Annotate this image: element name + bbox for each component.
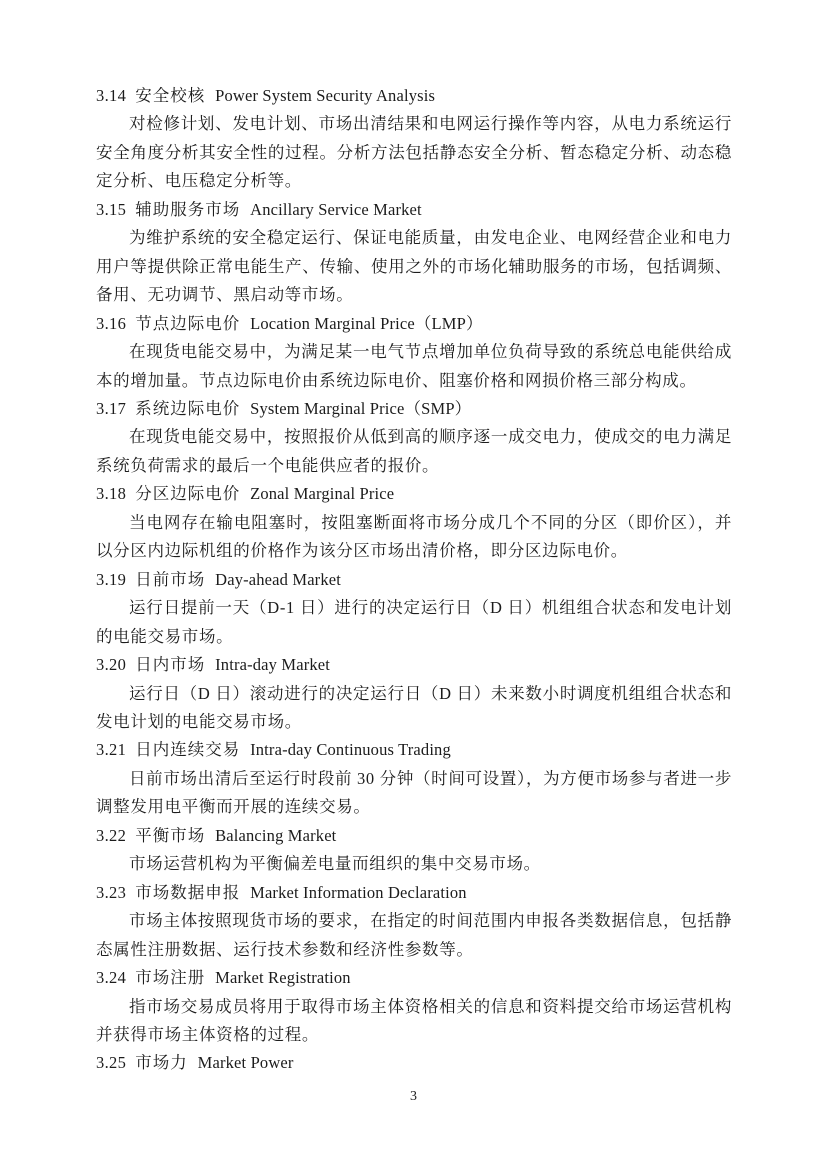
term-section: 3.18分区边际电价Zonal Marginal Price 当电网存在输电阻塞… xyxy=(96,480,732,565)
term-english: Balancing Market xyxy=(215,826,336,845)
term-chinese: 日前市场 xyxy=(135,570,205,589)
term-heading: 3.20日内市场Intra-day Market xyxy=(96,651,732,679)
term-section: 3.25市场力Market Power xyxy=(96,1049,732,1077)
term-chinese: 日内连续交易 xyxy=(135,740,240,759)
term-heading: 3.15辅助服务市场Ancillary Service Market xyxy=(96,196,732,224)
term-definition: 对检修计划、发电计划、市场出清结果和电网运行操作等内容，从电力系统运行安全角度分… xyxy=(96,110,732,195)
term-chinese: 安全校核 xyxy=(135,86,205,105)
term-english: Market Information Declaration xyxy=(250,883,467,902)
term-number: 3.24 xyxy=(96,968,126,987)
term-heading: 3.24市场注册Market Registration xyxy=(96,964,732,992)
term-english: Ancillary Service Market xyxy=(250,200,422,219)
term-definition: 市场运营机构为平衡偏差电量而组织的集中交易市场。 xyxy=(96,850,732,878)
term-heading: 3.25市场力Market Power xyxy=(96,1049,732,1077)
term-chinese: 市场力 xyxy=(135,1053,187,1072)
term-heading: 3.21日内连续交易Intra-day Continuous Trading xyxy=(96,736,732,764)
term-definition: 为维护系统的安全稳定运行、保证电能质量，由发电企业、电网经营企业和电力用户等提供… xyxy=(96,224,732,309)
term-section: 3.16节点边际电价Location Marginal Price（LMP） 在… xyxy=(96,310,732,395)
document-body: 3.14安全校核Power System Security Analysis 对… xyxy=(96,82,732,1078)
term-heading: 3.16节点边际电价Location Marginal Price（LMP） xyxy=(96,310,732,338)
term-number: 3.21 xyxy=(96,740,126,759)
term-section: 3.22平衡市场Balancing Market 市场运营机构为平衡偏差电量而组… xyxy=(96,822,732,879)
term-section: 3.20日内市场Intra-day Market 运行日（D 日）滚动进行的决定… xyxy=(96,651,732,736)
term-number: 3.16 xyxy=(96,314,126,333)
term-section: 3.24市场注册Market Registration 指市场交易成员将用于取得… xyxy=(96,964,732,1049)
term-chinese: 市场注册 xyxy=(135,968,205,987)
term-definition: 市场主体按照现货市场的要求，在指定的时间范围内申报各类数据信息，包括静态属性注册… xyxy=(96,907,732,964)
term-english: Power System Security Analysis xyxy=(215,86,435,105)
term-number: 3.22 xyxy=(96,826,126,845)
term-english: Market Registration xyxy=(215,968,351,987)
term-english: Intra-day Market xyxy=(215,655,330,674)
term-number: 3.20 xyxy=(96,655,126,674)
term-heading: 3.14安全校核Power System Security Analysis xyxy=(96,82,732,110)
document-page: 3.14安全校核Power System Security Analysis 对… xyxy=(0,0,827,1169)
term-number: 3.23 xyxy=(96,883,126,902)
page-footer: 3 xyxy=(0,1089,827,1105)
term-english: Intra-day Continuous Trading xyxy=(250,740,451,759)
term-chinese: 辅助服务市场 xyxy=(135,200,240,219)
term-heading: 3.22平衡市场Balancing Market xyxy=(96,822,732,850)
term-heading: 3.18分区边际电价Zonal Marginal Price xyxy=(96,480,732,508)
term-number: 3.25 xyxy=(96,1053,126,1072)
term-chinese: 市场数据申报 xyxy=(135,883,240,902)
term-section: 3.21日内连续交易Intra-day Continuous Trading 日… xyxy=(96,736,732,821)
term-english: Zonal Marginal Price xyxy=(250,484,394,503)
term-definition: 在现货电能交易中，按照报价从低到高的顺序逐一成交电力，使成交的电力满足系统负荷需… xyxy=(96,423,732,480)
term-definition: 运行日（D 日）滚动进行的决定运行日（D 日）未来数小时调度机组组合状态和发电计… xyxy=(96,680,732,737)
term-chinese: 日内市场 xyxy=(135,655,205,674)
term-english: Day-ahead Market xyxy=(215,570,341,589)
term-number: 3.19 xyxy=(96,570,126,589)
term-english: Location Marginal Price（LMP） xyxy=(250,314,483,333)
term-number: 3.15 xyxy=(96,200,126,219)
term-english: System Marginal Price（SMP） xyxy=(250,399,471,418)
term-section: 3.19日前市场Day-ahead Market 运行日提前一天（D-1 日）进… xyxy=(96,566,732,651)
term-heading: 3.17系统边际电价System Marginal Price（SMP） xyxy=(96,395,732,423)
term-chinese: 分区边际电价 xyxy=(135,484,240,503)
term-definition: 运行日提前一天（D-1 日）进行的决定运行日（D 日）机组组合状态和发电计划的电… xyxy=(96,594,732,651)
term-section: 3.23市场数据申报Market Information Declaration… xyxy=(96,879,732,964)
term-heading: 3.23市场数据申报Market Information Declaration xyxy=(96,879,732,907)
term-section: 3.15辅助服务市场Ancillary Service Market 为维护系统… xyxy=(96,196,732,310)
term-definition: 在现货电能交易中，为满足某一电气节点增加单位负荷导致的系统总电能供给成本的增加量… xyxy=(96,338,732,395)
page-number: 3 xyxy=(410,1089,417,1104)
term-heading: 3.19日前市场Day-ahead Market xyxy=(96,566,732,594)
term-section: 3.17系统边际电价System Marginal Price（SMP） 在现货… xyxy=(96,395,732,480)
term-number: 3.18 xyxy=(96,484,126,503)
term-number: 3.14 xyxy=(96,86,126,105)
term-definition: 当电网存在输电阻塞时，按阻塞断面将市场分成几个不同的分区（即价区），并以分区内边… xyxy=(96,509,732,566)
term-definition: 指市场交易成员将用于取得市场主体资格相关的信息和资料提交给市场运营机构并获得市场… xyxy=(96,993,732,1050)
term-chinese: 平衡市场 xyxy=(135,826,205,845)
term-number: 3.17 xyxy=(96,399,126,418)
term-chinese: 系统边际电价 xyxy=(135,399,240,418)
term-definition: 日前市场出清后至运行时段前 30 分钟（时间可设置），为方便市场参与者进一步调整… xyxy=(96,765,732,822)
term-chinese: 节点边际电价 xyxy=(135,314,240,333)
term-section: 3.14安全校核Power System Security Analysis 对… xyxy=(96,82,732,196)
term-english: Market Power xyxy=(198,1053,294,1072)
